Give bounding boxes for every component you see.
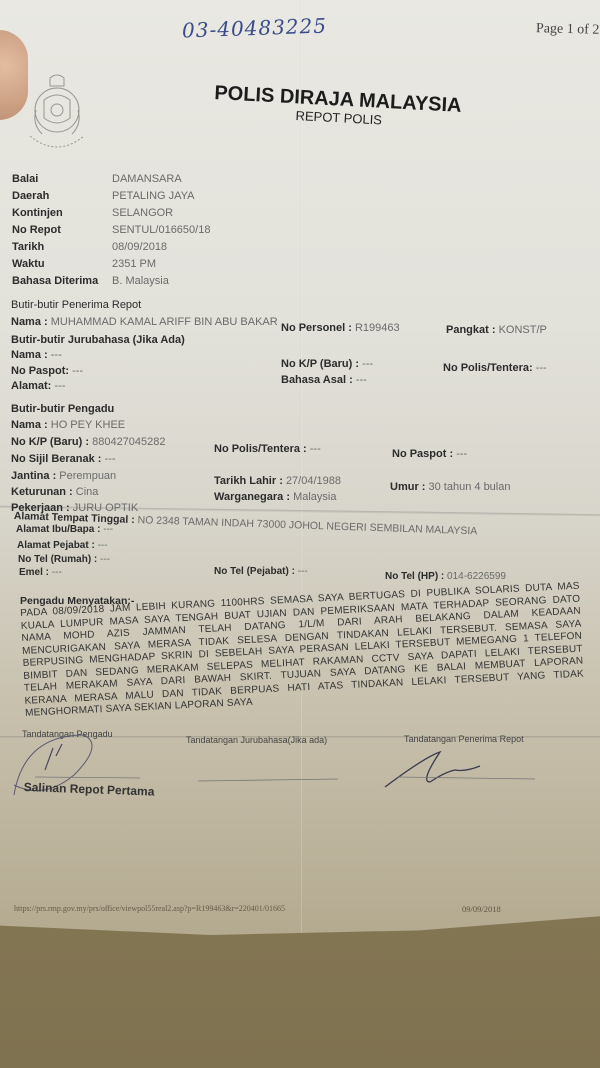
complainant-race: Keturunan : Cina	[11, 486, 98, 498]
police-crest-icon	[22, 70, 92, 160]
field-waktu: Waktu2351 PM	[12, 258, 156, 270]
interpreter-language: Bahasa Asal : ---	[281, 374, 367, 386]
footer-date: 09/09/2018	[462, 904, 501, 914]
recipient-name: Nama : MUHAMMAD KAMAL ARIFF BIN ABU BAKA…	[11, 316, 278, 328]
field-label: Bahasa Diterima	[12, 275, 112, 287]
field-value: SENTUL/016650/18	[112, 224, 210, 236]
complainant-birth-cert: No Sijil Beranak : ---	[11, 453, 116, 465]
recipient-heading: Butir-butir Penerima Repot	[11, 299, 141, 311]
field-label: No Repot	[12, 224, 112, 236]
complainant-age: Umur : 30 tahun 4 bulan	[390, 481, 510, 493]
complainant-passport: No Paspot : ---	[392, 448, 467, 460]
document-subtitle: REPOT POLIS	[295, 108, 382, 128]
interpreter-passport: No Paspot: ---	[11, 365, 83, 377]
field-label: Daerah	[12, 190, 112, 202]
recipient-rank: Pangkat : KONST/P	[446, 324, 547, 336]
field-tarikh: Tarikh08/09/2018	[12, 241, 167, 253]
field-no-repot: No RepotSENTUL/016650/18	[12, 224, 210, 236]
interpreter-police-no: No Polis/Tentera: ---	[443, 362, 547, 374]
complainant-police-no: No Polis/Tentera : ---	[214, 443, 321, 455]
complainant-gender: Jantina : Perempuan	[11, 470, 116, 482]
field-value: 08/09/2018	[112, 241, 167, 253]
complainant-parent-address: Alamat Ibu/Bapa : ---	[16, 524, 113, 535]
field-value: 2351 PM	[112, 258, 156, 270]
field-label: Kontinjen	[12, 207, 112, 219]
complainant-email: Emel : ---	[19, 567, 62, 578]
interpreter-address: Alamat: ---	[11, 380, 65, 392]
complainant-name: Nama : HO PEY KHEE	[11, 419, 125, 431]
field-value: SELANGOR	[112, 207, 173, 219]
footer-url: https://prs.rmp.gov.my/prs/office/viewpo…	[14, 904, 285, 913]
complainant-home-tel: No Tel (Rumah) : ---	[18, 554, 110, 565]
interpreter-heading: Butir-butir Jurubahasa (Jika Ada)	[11, 334, 185, 346]
interpreter-ic: No K/P (Baru) : ---	[281, 358, 373, 370]
complainant-heading: Butir-butir Pengadu	[11, 403, 114, 415]
field-kontinjen: KontinjenSELANGOR	[12, 207, 173, 219]
police-report-paper: 03-40483225 Page 1 of 2 POLIS DIRAJA MAL…	[0, 0, 600, 935]
field-label: Waktu	[12, 258, 112, 270]
field-balai: BalaiDAMANSARA	[12, 173, 182, 185]
complainant-dob: Tarikh Lahir : 27/04/1988	[214, 475, 341, 487]
complainant-office-address: Alamat Pejabat : ---	[17, 540, 108, 551]
complainant-citizenship: Warganegara : Malaysia	[214, 491, 336, 503]
complainant-mobile: No Tel (HP) : 014-6226599	[385, 571, 506, 582]
complainant-ic: No K/P (Baru) : 880427045282	[11, 436, 166, 448]
field-value: DAMANSARA	[112, 173, 182, 185]
field-value: B. Malaysia	[112, 275, 169, 287]
handwritten-phone-note: 03-40483225	[182, 13, 328, 42]
field-bahasa-diterima: Bahasa DiterimaB. Malaysia	[12, 275, 169, 287]
interpreter-name: Nama : ---	[11, 349, 62, 361]
field-label: Balai	[12, 173, 112, 185]
field-daerah: DaerahPETALING JAYA	[12, 190, 195, 202]
page-indicator: Page 1 of 2	[536, 21, 600, 39]
recipient-personnel-no: No Personel : R199463	[281, 322, 400, 334]
field-label: Tarikh	[12, 241, 112, 253]
complainant-office-tel: No Tel (Pejabat) : ---	[214, 566, 308, 577]
field-value: PETALING JAYA	[112, 190, 195, 202]
